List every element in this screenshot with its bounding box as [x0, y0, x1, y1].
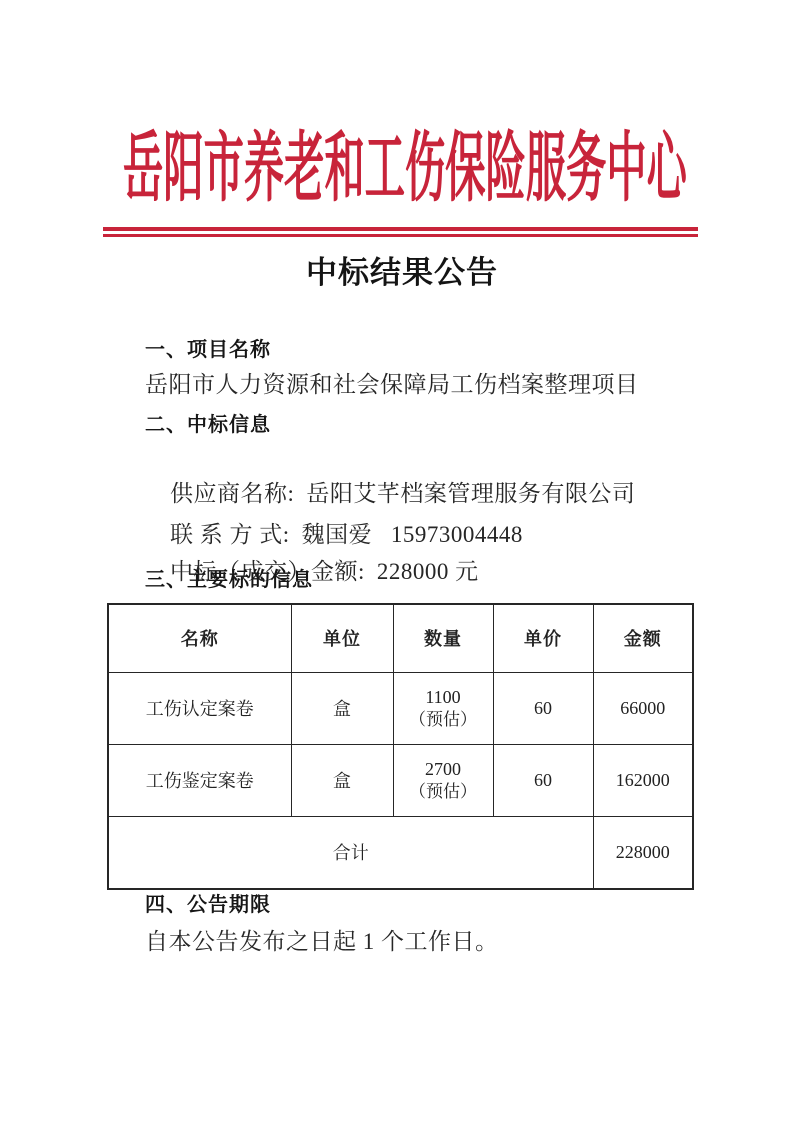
table-row: 工伤鉴定案卷 盒 2700 （预估） 60 162000	[108, 744, 693, 816]
cell-quantity: 2700 （预估）	[393, 744, 493, 816]
table-total-row: 合计 228000	[108, 816, 693, 889]
header-unit-price: 单价	[493, 604, 593, 672]
header-quantity: 数量	[393, 604, 493, 672]
total-label: 合计	[108, 816, 593, 889]
quantity-note: （预估）	[394, 709, 493, 730]
cell-unit: 盒	[291, 672, 393, 744]
total-amount: 228000	[593, 816, 693, 889]
table-header-row: 名称 单位 数量 单价 金额	[108, 604, 693, 672]
header-amount: 金额	[593, 604, 693, 672]
project-name-text: 岳阳市人力资源和社会保障局工伤档案整理项目	[145, 371, 639, 399]
cell-unit-price: 60	[493, 672, 593, 744]
section-2-heading: 二、中标信息	[145, 414, 271, 436]
cell-name: 工伤认定案卷	[108, 672, 291, 744]
document-page: 岳阳市养老和工伤保险服务中心 中标结果公告 一、项目名称 岳阳市人力资源和社会保…	[0, 0, 793, 1121]
cell-amount: 162000	[593, 744, 693, 816]
notice-period-text: 自本公告发布之日起 1 个工作日。	[145, 928, 499, 956]
letterhead-org-name: 岳阳市养老和工伤保险服务中心	[123, 131, 687, 207]
section-4-heading: 四、公告期限	[145, 894, 271, 916]
cell-unit-price: 60	[493, 744, 593, 816]
header-name: 名称	[108, 604, 291, 672]
cell-amount: 66000	[593, 672, 693, 744]
cell-unit: 盒	[291, 744, 393, 816]
cell-name: 工伤鉴定案卷	[108, 744, 291, 816]
section-1-heading: 一、项目名称	[145, 339, 271, 361]
bid-items-table: 名称 单位 数量 单价 金额 工伤认定案卷 盒 1100 （预估） 60 660…	[107, 603, 694, 890]
award-amount-value: 228000 元	[377, 559, 479, 584]
cell-quantity: 1100 （预估）	[393, 672, 493, 744]
document-title: 中标结果公告	[0, 256, 793, 290]
quantity-note: （预估）	[394, 781, 493, 802]
table-row: 工伤认定案卷 盒 1100 （预估） 60 66000	[108, 672, 693, 744]
quantity-value: 2700	[394, 758, 493, 781]
quantity-value: 1100	[394, 686, 493, 709]
letterhead-double-rule	[103, 227, 698, 237]
header-unit: 单位	[291, 604, 393, 672]
section-3-heading: 三、主要标的信息	[145, 569, 313, 591]
